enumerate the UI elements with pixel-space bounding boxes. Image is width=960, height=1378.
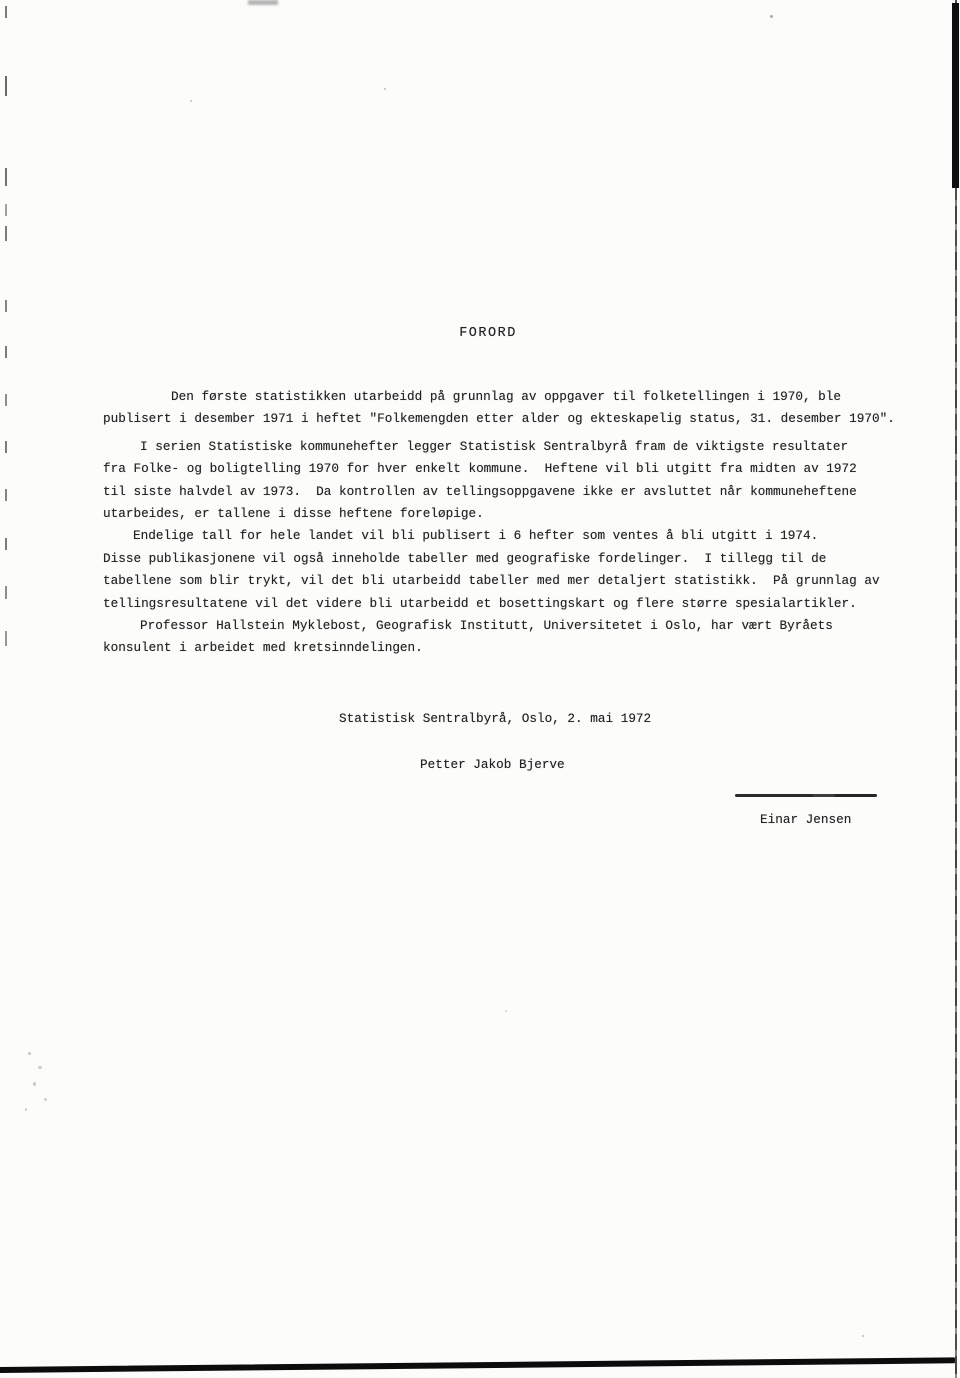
scan-dash-mark — [5, 6, 7, 18]
scan-speck — [862, 1335, 864, 1337]
scan-speck — [384, 88, 386, 90]
scan-right-edge-strip — [952, 3, 959, 188]
scan-dash-mark — [5, 441, 7, 453]
dateline: Statistisk Sentralbyrå, Oslo, 2. mai 197… — [339, 711, 651, 726]
scan-dash-mark — [5, 204, 7, 216]
scan-right-edge-line — [955, 0, 957, 1378]
scan-speck — [44, 1098, 47, 1101]
scan-speck — [28, 1052, 31, 1055]
body-line: Endelige tall for hele landet vil bli pu… — [103, 525, 923, 547]
page-title: FORORD — [0, 326, 960, 341]
body-line: Professor Hallstein Myklebost, Geografis… — [103, 615, 923, 637]
document-body: Den første statistikken utarbeidd på gru… — [103, 386, 923, 660]
body-line: tellingsresultatene vil det videre bli u… — [103, 593, 923, 615]
scan-speck — [38, 1066, 42, 1069]
scan-dash-mark — [5, 226, 7, 241]
body-line: fra Folke- og boligtelling 1970 for hver… — [103, 458, 923, 480]
body-line: konsulent i arbeidet med kretsinndelinge… — [103, 637, 923, 659]
scan-dash-mark — [5, 76, 7, 96]
scan-smudge — [248, 0, 278, 5]
scanned-document-page: FORORD Den første statistikken utarbeidd… — [0, 0, 960, 1378]
scan-dash-mark — [5, 168, 7, 186]
scan-dash-mark — [5, 300, 7, 312]
signature-director-name: Petter Jakob Bjerve — [420, 757, 565, 772]
body-line: Den første statistikken utarbeidd på gru… — [103, 386, 923, 408]
signature-author-name: Einar Jensen — [760, 812, 851, 827]
body-line: I serien Statistiske kommunehefter legge… — [103, 436, 923, 458]
scan-dash-mark — [5, 346, 7, 358]
body-line: til siste halvdel av 1973. Da kontrollen… — [103, 481, 923, 503]
body-line: Disse publikasjonene vil også inneholde … — [103, 548, 923, 570]
scan-bottom-edge-line — [0, 1357, 955, 1373]
scan-dash-mark — [5, 489, 7, 501]
scan-dash-mark — [5, 394, 7, 406]
scan-dash-mark — [5, 631, 7, 646]
body-line: utarbeides, er tallene i disse heftene f… — [103, 503, 923, 525]
signature-rule — [735, 794, 877, 797]
scan-dash-mark — [5, 538, 7, 550]
scan-dash-mark — [5, 586, 7, 599]
scan-speck — [505, 1010, 507, 1012]
scan-speck — [25, 1108, 27, 1111]
scan-speck — [190, 100, 192, 102]
scan-speck — [770, 15, 773, 18]
scan-speck — [33, 1082, 36, 1086]
body-line: tabellene som blir trykt, vil det bli ut… — [103, 570, 923, 592]
body-line: publisert i desember 1971 i heftet "Folk… — [103, 408, 923, 430]
